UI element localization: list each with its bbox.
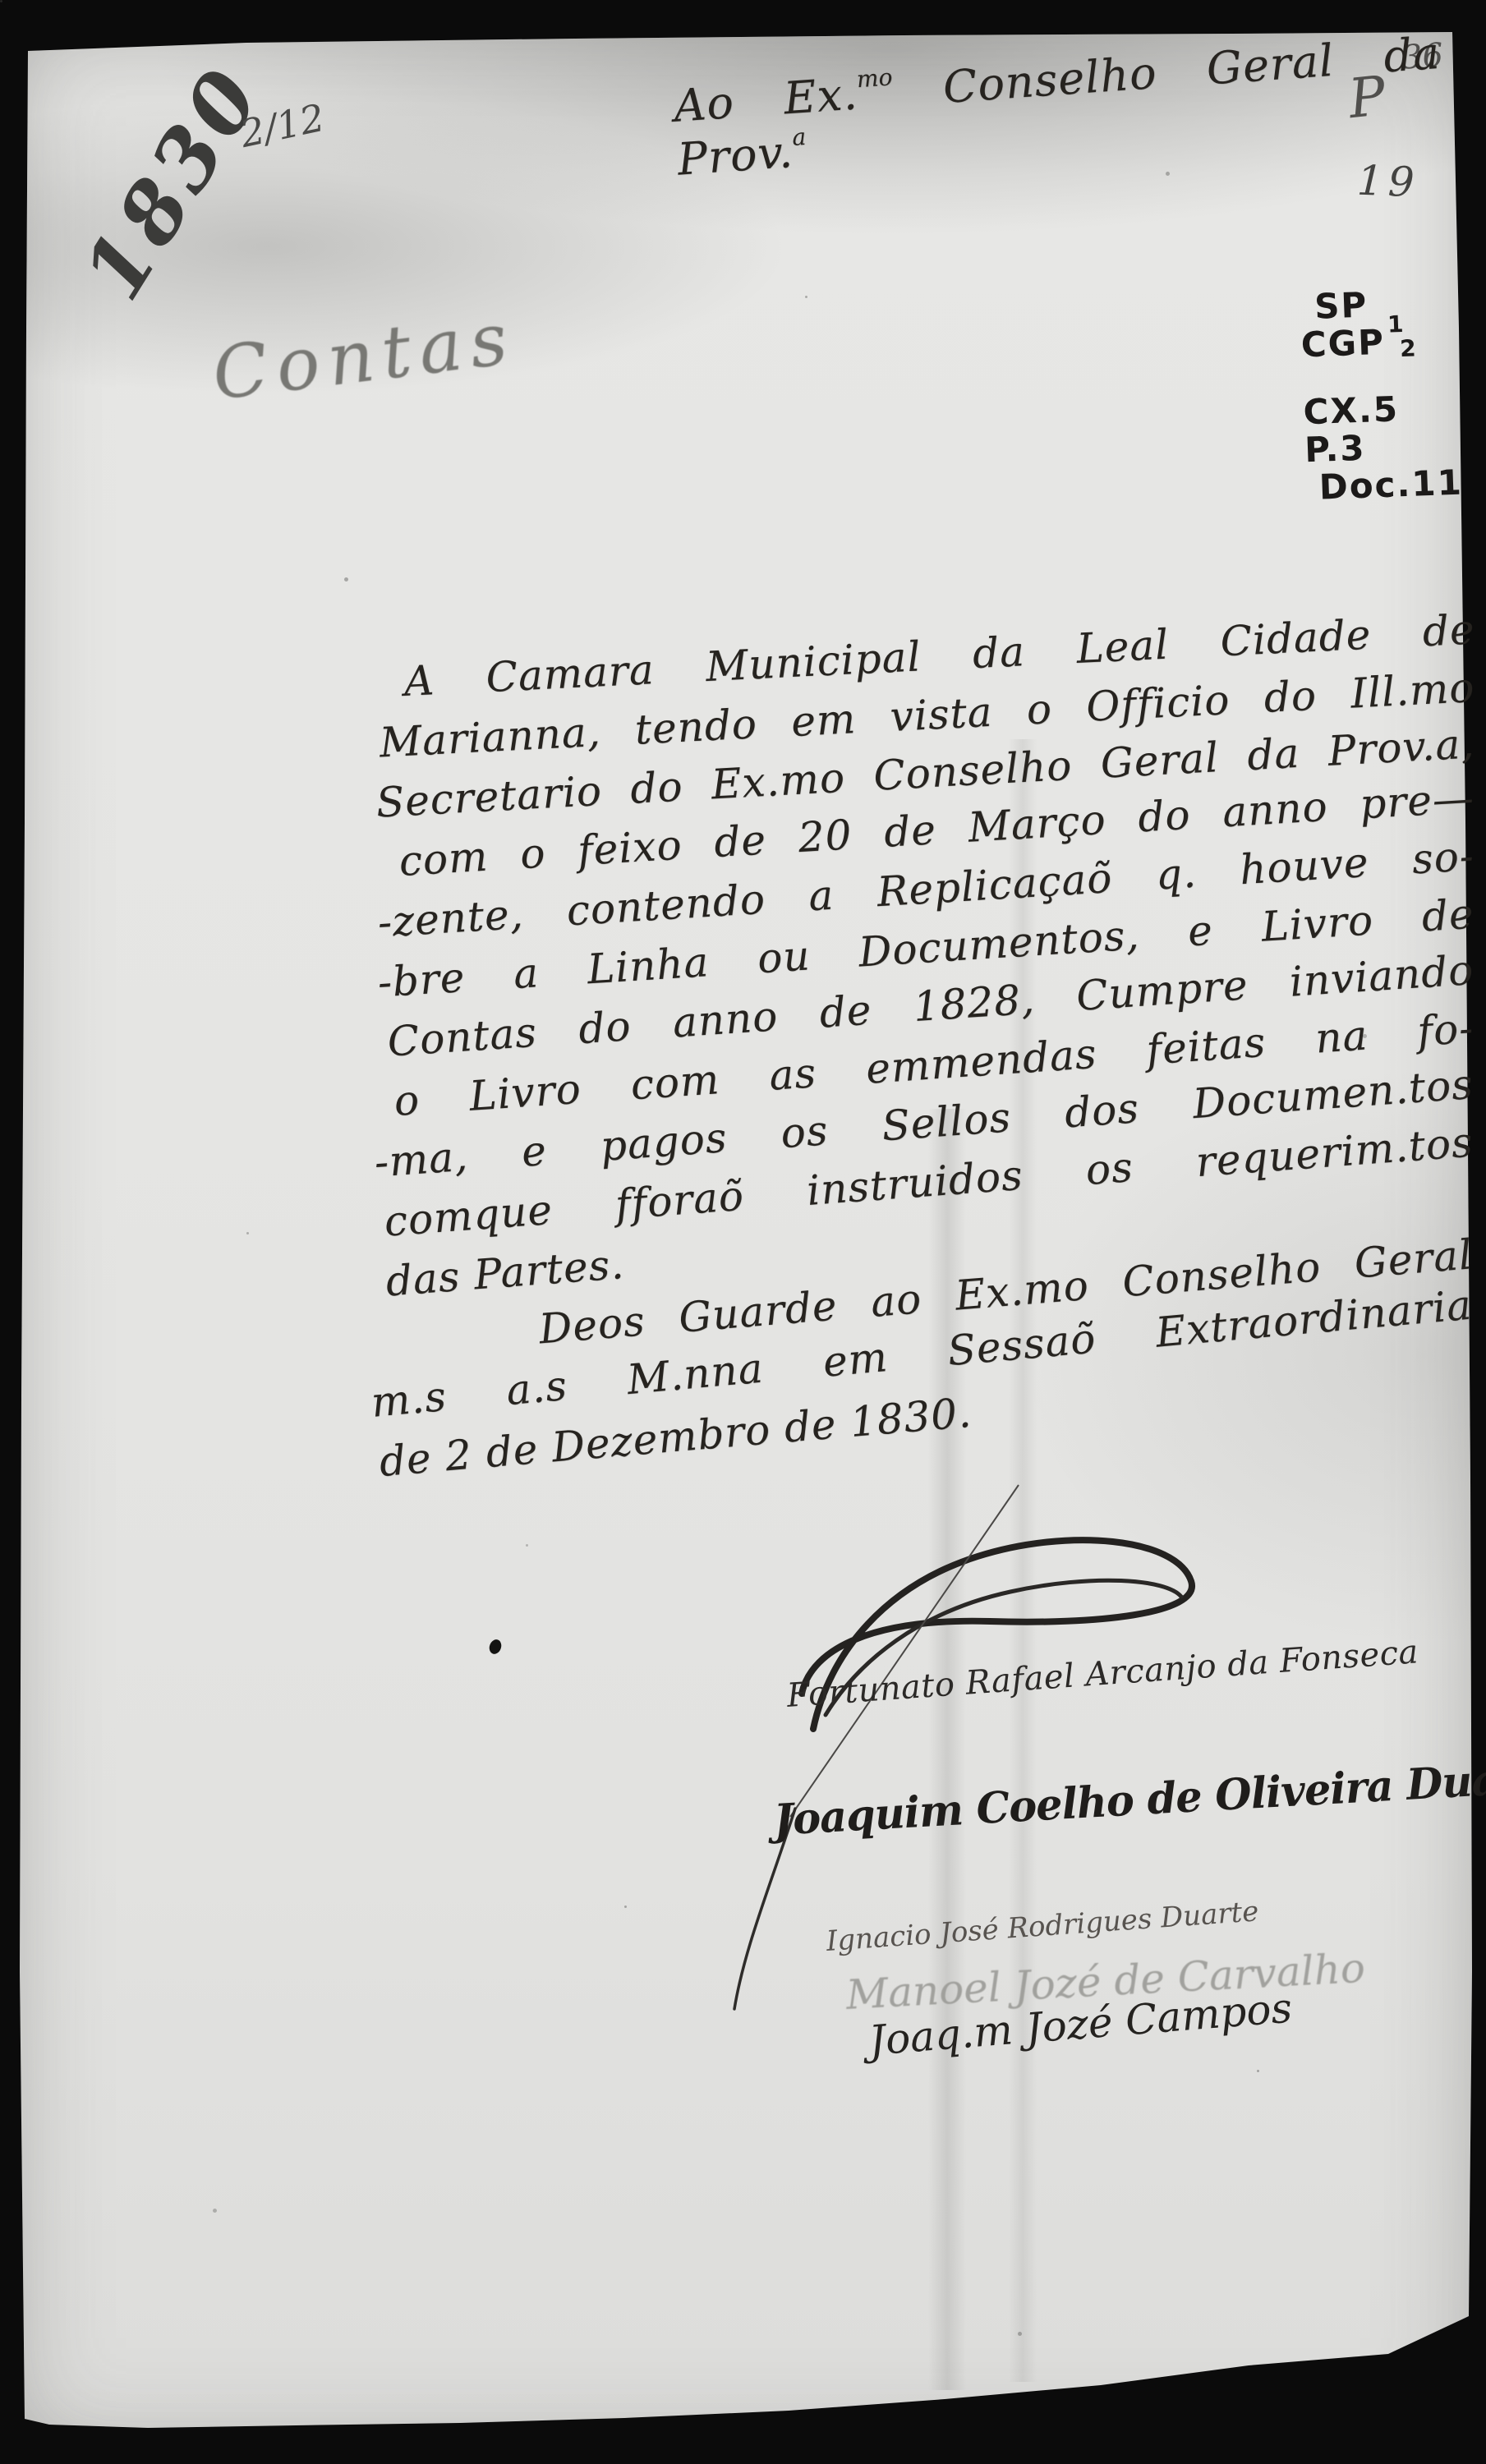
paper-specks xyxy=(0,0,2,2)
stamp-fraction-top: 1 xyxy=(1387,310,1406,338)
archive-stamp: SP CGP12 CX.5 P.3 Doc.11 xyxy=(1299,283,1462,507)
stamp-line-doc: Doc.11 xyxy=(1305,464,1462,508)
stamp-line-cx: CX.5 xyxy=(1303,388,1460,432)
stamp-line-cgp: CGP12 xyxy=(1300,321,1458,366)
heading-text: Ao Ex. xyxy=(672,67,859,131)
stamp-line-sp: SP xyxy=(1299,283,1456,327)
scan-frame: 1830 2/12 Contas P 36 19 Ao Ex.mo Consel… xyxy=(0,0,1486,2464)
letter-body: A Camara Municipal da Leal Cidade de Mar… xyxy=(371,654,1476,1493)
stamp-fraction-bottom: 2 xyxy=(1400,338,1418,359)
heading-superscript-a: a xyxy=(791,123,807,151)
heading-superscript-mo: mo xyxy=(856,63,894,93)
stamp-cgp-fraction: 12 xyxy=(1387,315,1406,355)
stamp-cgp-prefix: CGP xyxy=(1300,322,1386,365)
annotation-folio-number: 19 xyxy=(1356,157,1420,207)
